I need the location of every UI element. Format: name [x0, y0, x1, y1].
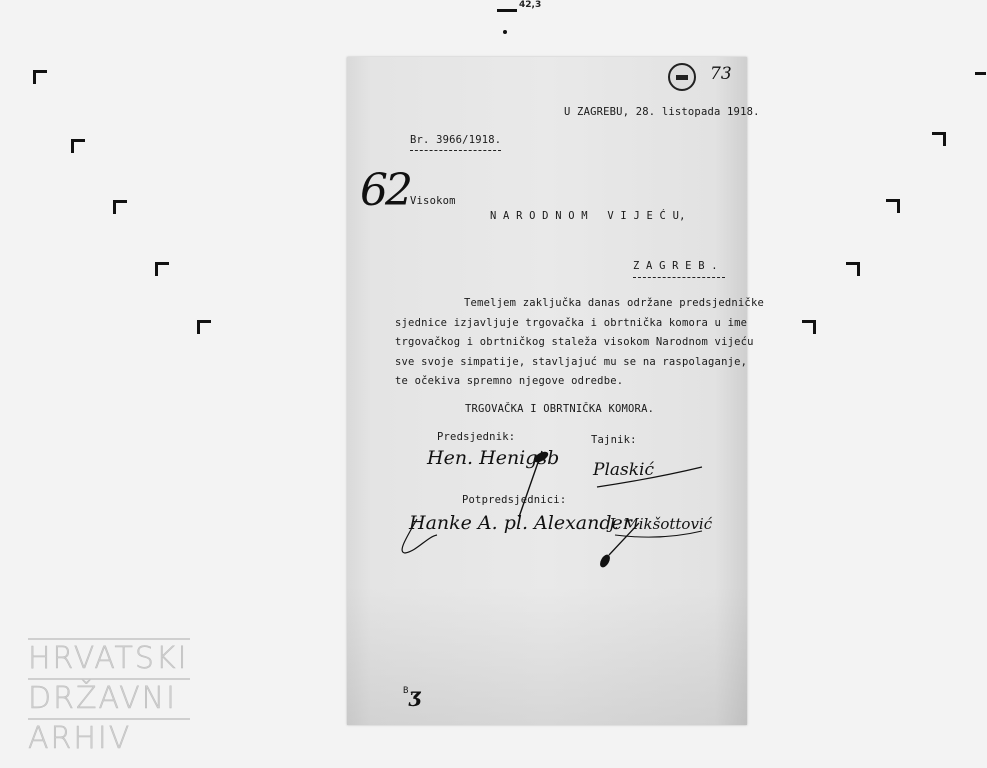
- crop-mark-icon: [975, 72, 986, 86]
- crop-mark-icon: [886, 199, 900, 213]
- crop-mark-icon: [33, 70, 47, 84]
- bottom-mark-handwritten: Ʒ: [409, 687, 422, 711]
- body-line: sve svoje simpatije, stavljajuć mu se na…: [395, 356, 747, 368]
- reference-underline: [410, 150, 501, 151]
- body-line: sjednice izjavljuje trgovačka i obrtničk…: [395, 317, 747, 329]
- crop-mark-icon: [113, 200, 127, 214]
- city: Z A G R E B .: [633, 260, 718, 272]
- body-line: Temeljem zaključka danas održane predsje…: [464, 297, 764, 309]
- handwritten-number: 62: [360, 165, 410, 216]
- salutation: Visokom: [410, 195, 456, 207]
- crop-mark-icon: [846, 262, 860, 276]
- watermark-line: DRŽAVNI: [28, 680, 190, 718]
- registration-mark-icon: [497, 9, 517, 12]
- crop-mark-icon: [71, 139, 85, 153]
- body-line: te očekiva spremno njegove odredbe.: [395, 375, 623, 387]
- registration-dot-icon: [503, 30, 507, 34]
- crop-mark-icon: [197, 320, 211, 334]
- reference-number: Br. 3966/1918.: [410, 134, 501, 146]
- archive-stamp-icon: [668, 63, 696, 91]
- president-label: Predsjednik:: [437, 431, 515, 443]
- body-line: trgovačkog i obrtničkog staleža visokom …: [395, 336, 754, 348]
- recipient: N A R O D N O M V I J E Ć U,: [490, 210, 686, 222]
- crop-mark-icon: [932, 132, 946, 146]
- sender: TRGOVAČKA I OBRTNIČKA KOMORA.: [465, 403, 654, 415]
- watermark-line: HRVATSKI: [28, 640, 190, 678]
- signature-flourish-icon: [397, 507, 707, 577]
- crop-mark-icon: [155, 262, 169, 276]
- folio-number: 73: [710, 64, 732, 84]
- watermark-line: ARHIV: [28, 720, 190, 758]
- city-underline: [633, 277, 725, 278]
- place-date: U ZAGREBU, 28. listopada 1918.: [564, 106, 760, 118]
- document-page: 73 U ZAGREBU, 28. listopada 1918. Br. 39…: [347, 57, 747, 725]
- registration-number: 42,3: [519, 0, 541, 10]
- crop-mark-icon: [802, 320, 816, 334]
- archive-watermark-logo: HRVATSKI DRŽAVNI ARHIV: [28, 638, 190, 758]
- vice-presidents-label: Potpredsjednici:: [462, 494, 566, 506]
- secretary-label: Tajnik:: [591, 434, 637, 446]
